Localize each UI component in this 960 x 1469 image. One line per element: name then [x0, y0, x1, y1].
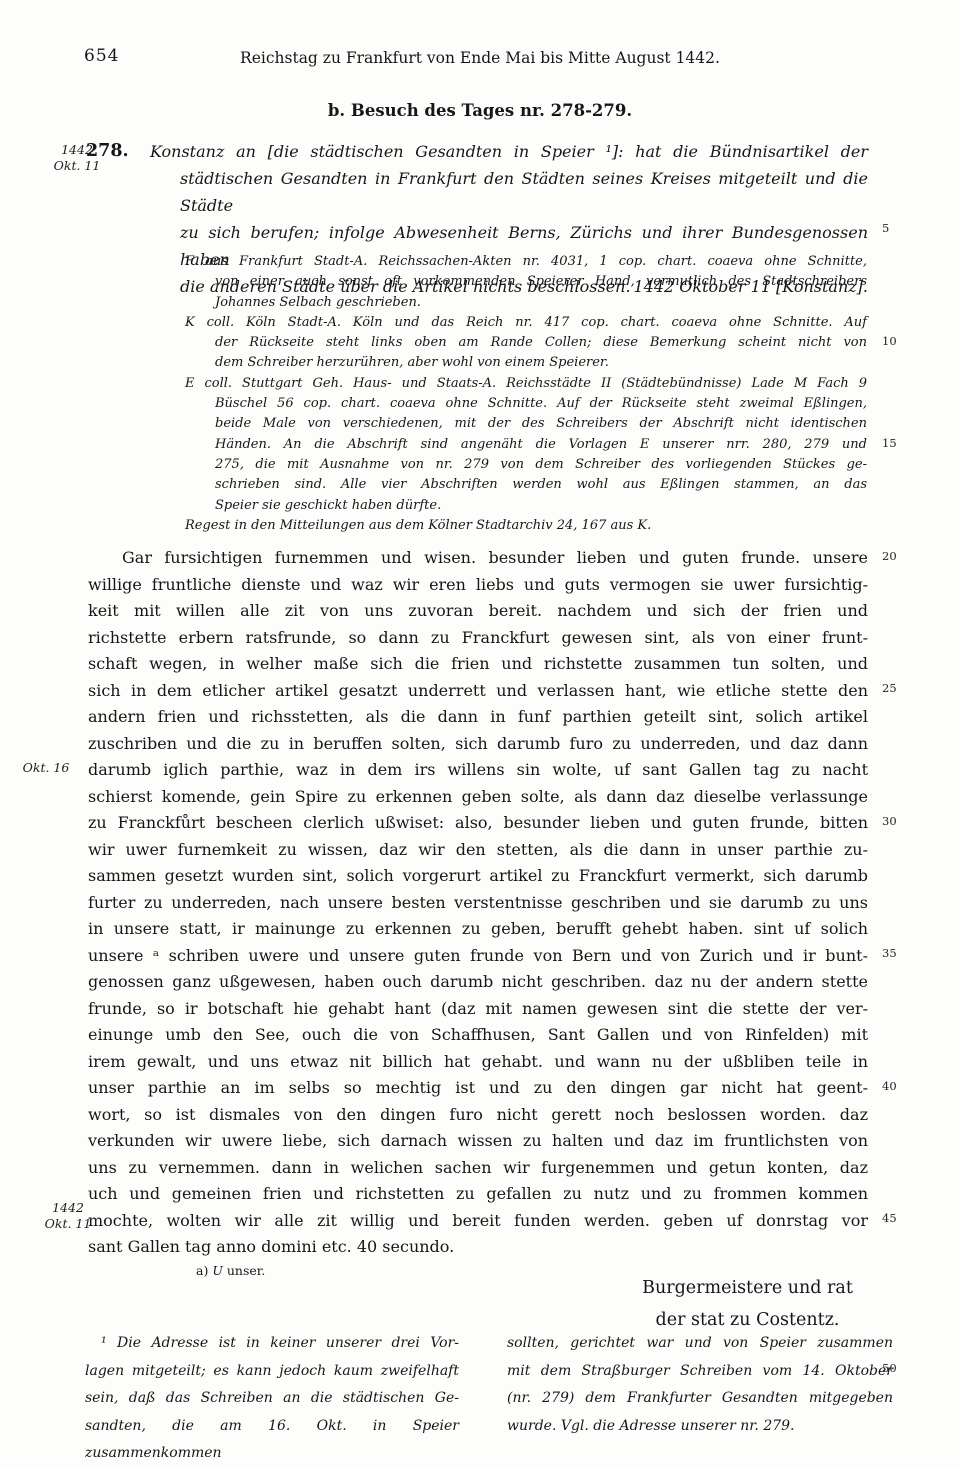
footnote-line: wurde. Vgl. die Adresse unserer nr. 279. [507, 1413, 893, 1441]
source-line: von einer auch sonst oft vorkommenden Sp… [215, 272, 867, 292]
source-line: Johannes Selbach geschrieben. [215, 293, 867, 313]
footnote-line: lagen mitgeteilt; es kann jedoch kaum zw… [85, 1358, 459, 1386]
body-line: uns zu vernemmen. dann in welichen sache… [88, 1155, 868, 1182]
body-line: sammen gesetzt wurden sint, solich vorge… [88, 863, 868, 890]
book-page: 654 Reichstag zu Frankfurt von Ende Mai … [0, 0, 960, 1469]
entry-line-text: Konstanz an [die städtischen Gesandten i… [150, 142, 868, 161]
body-line: irem gewalt, und uns etwaz nit billich h… [88, 1049, 868, 1076]
body-line: Gar fursichtigen furnemmen und wisen. be… [88, 545, 868, 572]
line-number: 15 [882, 436, 912, 450]
footnote-column-left: ¹ Die Adresse ist in keiner unserer drei… [85, 1330, 459, 1468]
source-line: Speier sie geschickt haben dürfte. [215, 496, 867, 516]
signature-block: Burgermeistere und rat der stat zu Coste… [600, 1272, 895, 1336]
source-line: Regest in den Mitteilungen aus dem Kölne… [185, 516, 867, 536]
source-line: E coll. Stuttgart Geh. Haus- und Staats-… [185, 374, 867, 394]
apparatus-siglum: U [212, 1263, 223, 1278]
footnote-line: sollten, gerichtet war und von Speier zu… [507, 1330, 893, 1358]
body-line: unser parthie an im selbs so mechtig ist… [88, 1075, 868, 1102]
body-line: sich in dem etlicher artikel gesatzt und… [88, 678, 868, 705]
source-line: beide Male von verschiedenen, mit der de… [215, 414, 867, 434]
body-line: uch und gemeinen frien und richstetten z… [88, 1181, 868, 1208]
body-line: verkunden wir uwere liebe, sich darnach … [88, 1128, 868, 1155]
body-line: darumb iglich parthie, waz in dem irs wi… [88, 757, 868, 784]
body-line: wir uwer furnemkeit zu wissen, daz wir d… [88, 837, 868, 864]
body-line: schierst komende, gein Spire zu erkennen… [88, 784, 868, 811]
entry-number: 278. [86, 138, 129, 165]
source-line: 275, die mit Ausnahme von nr. 279 von de… [215, 455, 867, 475]
line-number: 30 [882, 814, 912, 828]
body-line: einunge umb den See, ouch die von Schaff… [88, 1022, 868, 1049]
body-line: zuschriben und die zu in beruffen solten… [88, 731, 868, 758]
source-line: dem Schreiber herzurühren, aber wohl von… [215, 353, 867, 373]
source-line: K coll. Köln Stadt-A. Köln und das Reich… [185, 313, 867, 333]
footnote-line: sandten, die am 16. Okt. in Speier zusam… [85, 1413, 459, 1468]
body-line: richstette erbern ratsfrunde, so dann zu… [88, 625, 868, 652]
body-line: genossen ganz ußgewesen, haben ouch daru… [88, 969, 868, 996]
entry-line: städtischen Gesandten in Frankfurt den S… [180, 165, 868, 219]
line-number: 35 [882, 946, 912, 960]
signature-line-1: Burgermeistere und rat [600, 1272, 895, 1304]
margin-note-mid-date: Okt. 16 [10, 760, 82, 776]
line-number: 40 [882, 1079, 912, 1093]
line-number: 45 [882, 1211, 912, 1225]
body-line: sant Gallen tag anno domini etc. 40 secu… [88, 1234, 868, 1261]
apparatus-marker: a) [196, 1263, 208, 1278]
line-number: 20 [882, 549, 912, 563]
footnote-line: mit dem Straßburger Schreiben vom 14. Ok… [507, 1358, 893, 1386]
body-line: mochte, wolten wir alle zit willig und b… [88, 1208, 868, 1235]
body-line: schaft wegen, in welher maße sich die fr… [88, 651, 868, 678]
section-heading: b. Besuch des Tages nr. 278-279. [0, 101, 960, 120]
apparatus-text: unser. [227, 1263, 266, 1278]
body-line: in unsere statt, ir mainunge zu erkennen… [88, 916, 868, 943]
body-line: andern frien und richsstetten, als die d… [88, 704, 868, 731]
source-apparatus: F aus Frankfurt Stadt-A. Reichssachen-Ak… [215, 252, 867, 536]
footnote-column-right: sollten, gerichtet war und von Speier zu… [507, 1330, 893, 1440]
footnote-line: sein, daß das Schreiben an die städtisch… [85, 1385, 459, 1413]
body-line: unsere ᵃ schriben uwere und unsere guten… [88, 943, 868, 970]
margin-date-day: Okt. 16 [10, 760, 82, 776]
source-line: Händen. An die Abschrift sind angenäht d… [215, 435, 867, 455]
line-number: 10 [882, 334, 912, 348]
body-line: furter zu underreden, nach unsere besten… [88, 890, 868, 917]
footnote-line: ¹ Die Adresse ist in keiner unserer drei… [85, 1330, 459, 1358]
entry-line: 278. Konstanz an [die städtischen Gesand… [150, 138, 868, 165]
body-line: willige fruntliche dienste und waz wir e… [88, 572, 868, 599]
source-line: der Rückseite steht links oben am Rande … [215, 333, 867, 353]
footnote-line: (nr. 279) dem Frankfurter Gesandten mitg… [507, 1385, 893, 1413]
source-line: schrieben sind. Alle vier Abschriften we… [215, 475, 867, 495]
apparatus-note: a) U unser. [196, 1263, 265, 1278]
body-line: keit mit willen alle zit von uns zuvoran… [88, 598, 868, 625]
body-line: zu Franckfůrt bescheen clerlich ußwiset:… [88, 810, 868, 837]
source-line: Büschel 56 cop. chart. coaeva ohne Schni… [215, 394, 867, 414]
line-number: 5 [882, 221, 912, 235]
line-number: 25 [882, 681, 912, 695]
source-line: F aus Frankfurt Stadt-A. Reichssachen-Ak… [185, 252, 867, 272]
running-title: Reichstag zu Frankfurt von Ende Mai bis … [0, 49, 960, 67]
letter-text: Gar fursichtigen furnemmen und wisen. be… [88, 545, 868, 1261]
body-line: frunde, so ir botschaft hie gehabt hant … [88, 996, 868, 1023]
body-line: wort, so ist dismales von den dingen fur… [88, 1102, 868, 1129]
